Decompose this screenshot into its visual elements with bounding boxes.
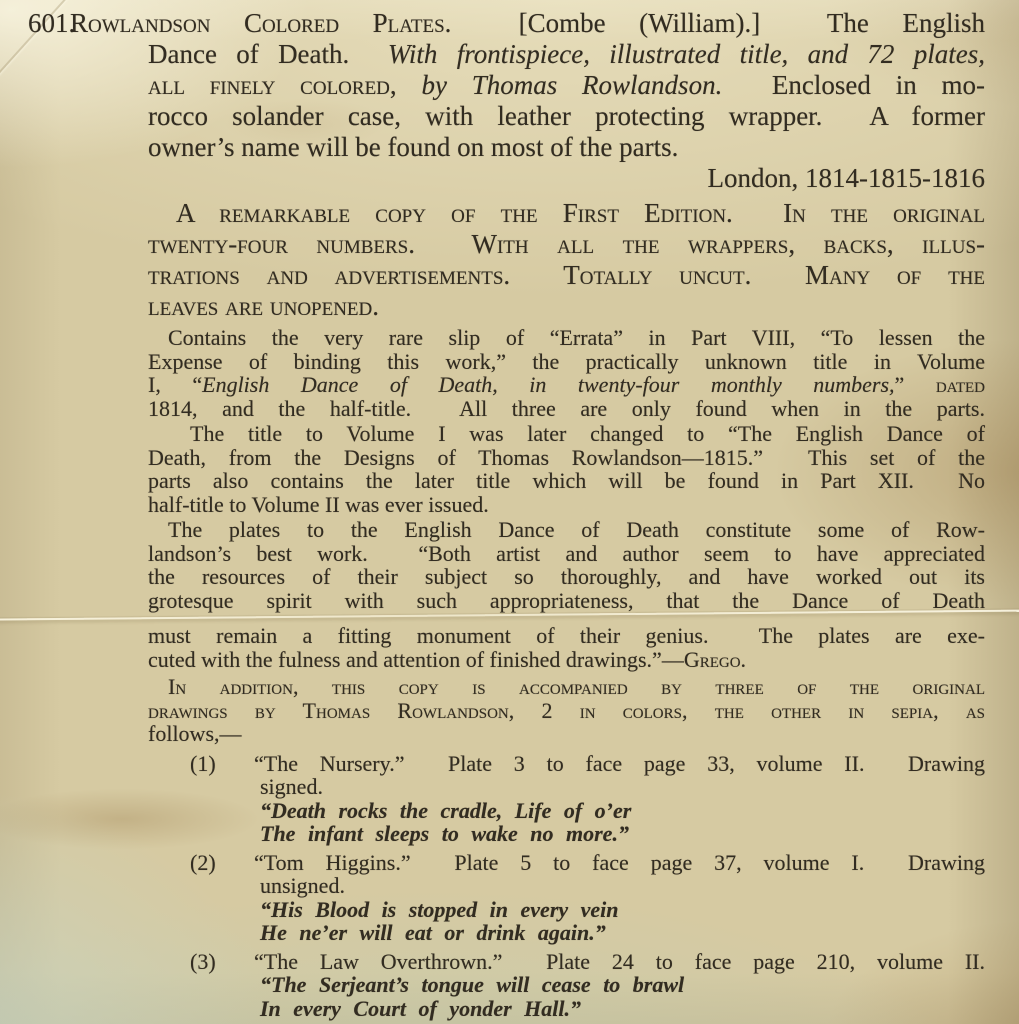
text-segment: A remarkable copy of the First Edition. …	[176, 198, 985, 228]
text-line: leaves are unopened.	[148, 291, 985, 322]
item-number: (2)	[190, 851, 254, 875]
text-line: grotesque spirit with such appropriatene…	[148, 589, 985, 613]
text-segment: English Dance of Death, in twenty-four m…	[202, 372, 894, 397]
text-line: Dance of Death. With frontispiece, illus…	[148, 39, 985, 70]
paragraph-drawings-note: In addition, this copy is accompanied by…	[28, 675, 985, 746]
text-line: I, “English Dance of Death, in twenty-fo…	[148, 373, 985, 397]
text-line: (3)“The Law Overthrown.” Plate 24 to fac…	[190, 950, 985, 974]
text-segment: grotesque spirit with such appropriatene…	[148, 588, 985, 613]
text-segment: half-title to Volume II was ever issued.	[148, 492, 489, 517]
text-segment: dated	[936, 372, 985, 397]
text-segment: unsigned.	[260, 873, 345, 898]
text-line: follows,—	[148, 722, 985, 746]
paragraph-errata-note: Contains the very rare slip of “Errata” …	[28, 326, 985, 420]
text-line: trations and advertisements. Totally unc…	[148, 260, 985, 291]
text-segment: With frontispiece, illustrated title, an…	[388, 39, 985, 69]
text-segment: “Death rocks the cradle, Life of o’er	[260, 798, 631, 823]
text-segment: signed.	[260, 774, 323, 799]
text-line: cuted with the fulness and attention of …	[148, 648, 985, 672]
text-line: (2)“Tom Higgins.” Plate 5 to face page 3…	[190, 851, 985, 875]
text-segment: London, 1814-1815-1816	[708, 163, 985, 193]
paragraph-drawing-item-3: (3)“The Law Overthrown.” Plate 24 to fac…	[28, 950, 985, 1021]
item-number: (3)	[190, 950, 254, 974]
text-line: Expense of binding this work,” the pract…	[148, 350, 985, 374]
text-line: London, 1814-1815-1816	[148, 163, 985, 194]
text-segment: landson’s best work. “Both artist and au…	[148, 541, 985, 566]
text-segment: “The Serjeant’s tongue will cease to bra…	[260, 972, 684, 997]
text-segment: parts also contains the later title whic…	[148, 468, 985, 493]
text-line: drawings by Thomas Rowlandson, 2 in colo…	[148, 699, 985, 723]
paragraph-plates-quote: The plates to the English Dance of Death…	[28, 518, 985, 671]
text-line: 601.Rowlandson Colored Plates. [Combe (W…	[28, 8, 985, 39]
text-line: “Death rocks the cradle, Life of o’er	[260, 799, 985, 823]
text-segment: Grego.	[684, 647, 746, 672]
text-segment: The plates to the English Dance of Death…	[168, 517, 985, 542]
item-number: (1)	[190, 752, 254, 776]
text-segment: trations and advertisements. Totally unc…	[148, 260, 985, 290]
text-segment: the resources of their subject so thorou…	[148, 564, 985, 589]
paragraph-imprint: London, 1814-1815-1816	[28, 163, 985, 194]
text-segment: twenty-four numbers. With all the wrappe…	[148, 229, 985, 259]
text-segment: cuted with the fulness and attention of …	[148, 647, 684, 672]
text-line: In every Court of yonder Hall.”	[260, 997, 985, 1021]
text-line: twenty-four numbers. With all the wrappe…	[148, 229, 985, 260]
text-line: must remain a fitting monument of their …	[148, 624, 985, 648]
text-segment: Death, from the Designs of Thomas Rowlan…	[148, 445, 985, 470]
paragraph-heading: 601.Rowlandson Colored Plates. [Combe (W…	[28, 8, 985, 163]
catalog-entry-text: 601.Rowlandson Colored Plates. [Combe (W…	[28, 8, 985, 1020]
text-segment: Expense of binding this work,” the pract…	[148, 349, 985, 374]
text-segment: In every Court of yonder Hall.”	[260, 996, 581, 1021]
text-segment: The title to Volume I was later changed …	[190, 421, 985, 446]
text-line: 1814, and the half-title. All three are …	[148, 397, 985, 421]
item-number: 601.	[28, 8, 70, 39]
text-line: The title to Volume I was later changed …	[190, 422, 985, 446]
text-segment: I, “	[148, 372, 202, 397]
text-segment: “The Nursery.” Plate 3 to face page 33, …	[254, 751, 985, 776]
text-line: owner’s name will be found on most of th…	[148, 132, 985, 163]
text-segment: Contains the very rare slip of “Errata” …	[168, 325, 985, 350]
text-line: “The Serjeant’s tongue will cease to bra…	[260, 973, 985, 997]
text-line: Death, from the Designs of Thomas Rowlan…	[148, 446, 985, 470]
text-line: half-title to Volume II was ever issued.	[148, 493, 985, 517]
text-segment: Enclosed in mo-	[722, 70, 985, 100]
text-line: Contains the very rare slip of “Errata” …	[168, 326, 985, 350]
text-segment: rocco solander case, with leather protec…	[148, 101, 985, 131]
text-line: all finely colored, by Thomas Rowlandson…	[148, 70, 985, 101]
text-line: He ne’er will eat or drink again.”	[260, 921, 985, 945]
text-line: The infant sleeps to wake no more.”	[260, 822, 985, 846]
text-segment: “The Law Overthrown.” Plate 24 to face p…	[254, 949, 985, 974]
text-segment: Dance of Death.	[148, 39, 388, 69]
text-segment: “Tom Higgins.” Plate 5 to face page 37, …	[254, 850, 985, 875]
text-line: unsigned.	[260, 874, 985, 898]
text-segment: must remain a fitting monument of their …	[148, 623, 985, 648]
paragraph-condition-note: A remarkable copy of the First Edition. …	[28, 198, 985, 322]
text-segment: by Thomas Rowlandson.	[397, 70, 723, 100]
text-segment: owner’s name will be found on most of th…	[148, 132, 678, 162]
text-line: A remarkable copy of the First Edition. …	[176, 198, 985, 229]
text-segment: The infant sleeps to wake no more.”	[260, 821, 629, 846]
text-segment: leaves are unopened.	[148, 291, 379, 321]
text-segment: ”	[895, 372, 936, 397]
paragraph-title-change-note: The title to Volume I was later changed …	[28, 422, 985, 516]
text-line: parts also contains the later title whic…	[148, 469, 985, 493]
text-line: “His Blood is stopped in every vein	[260, 898, 985, 922]
document-page: 601.Rowlandson Colored Plates. [Combe (W…	[0, 0, 1019, 1024]
text-segment: drawings by Thomas Rowlandson, 2 in colo…	[148, 698, 985, 723]
text-segment: “His Blood is stopped in every vein	[260, 897, 619, 922]
text-line: the resources of their subject so thorou…	[148, 565, 985, 589]
text-segment: He ne’er will eat or drink again.”	[260, 920, 606, 945]
text-line: The plates to the English Dance of Death…	[168, 518, 985, 542]
text-line: (1)“The Nursery.” Plate 3 to face page 3…	[190, 752, 985, 776]
text-line: signed.	[260, 775, 985, 799]
text-segment: follows,—	[148, 721, 242, 746]
text-segment: Rowlandson Colored Plates.	[70, 8, 451, 38]
text-segment: In addition, this copy is accompanied by…	[168, 674, 985, 699]
text-line: rocco solander case, with leather protec…	[148, 101, 985, 132]
text-segment: [Combe (William).] The English	[451, 8, 985, 38]
text-segment: all finely colored,	[148, 70, 397, 100]
paragraph-drawing-item-2: (2)“Tom Higgins.” Plate 5 to face page 3…	[28, 851, 985, 945]
text-line: In addition, this copy is accompanied by…	[168, 675, 985, 699]
paragraph-drawing-item-1: (1)“The Nursery.” Plate 3 to face page 3…	[28, 752, 985, 846]
text-segment: 1814, and the half-title. All three are …	[148, 396, 985, 421]
text-line: landson’s best work. “Both artist and au…	[148, 542, 985, 566]
